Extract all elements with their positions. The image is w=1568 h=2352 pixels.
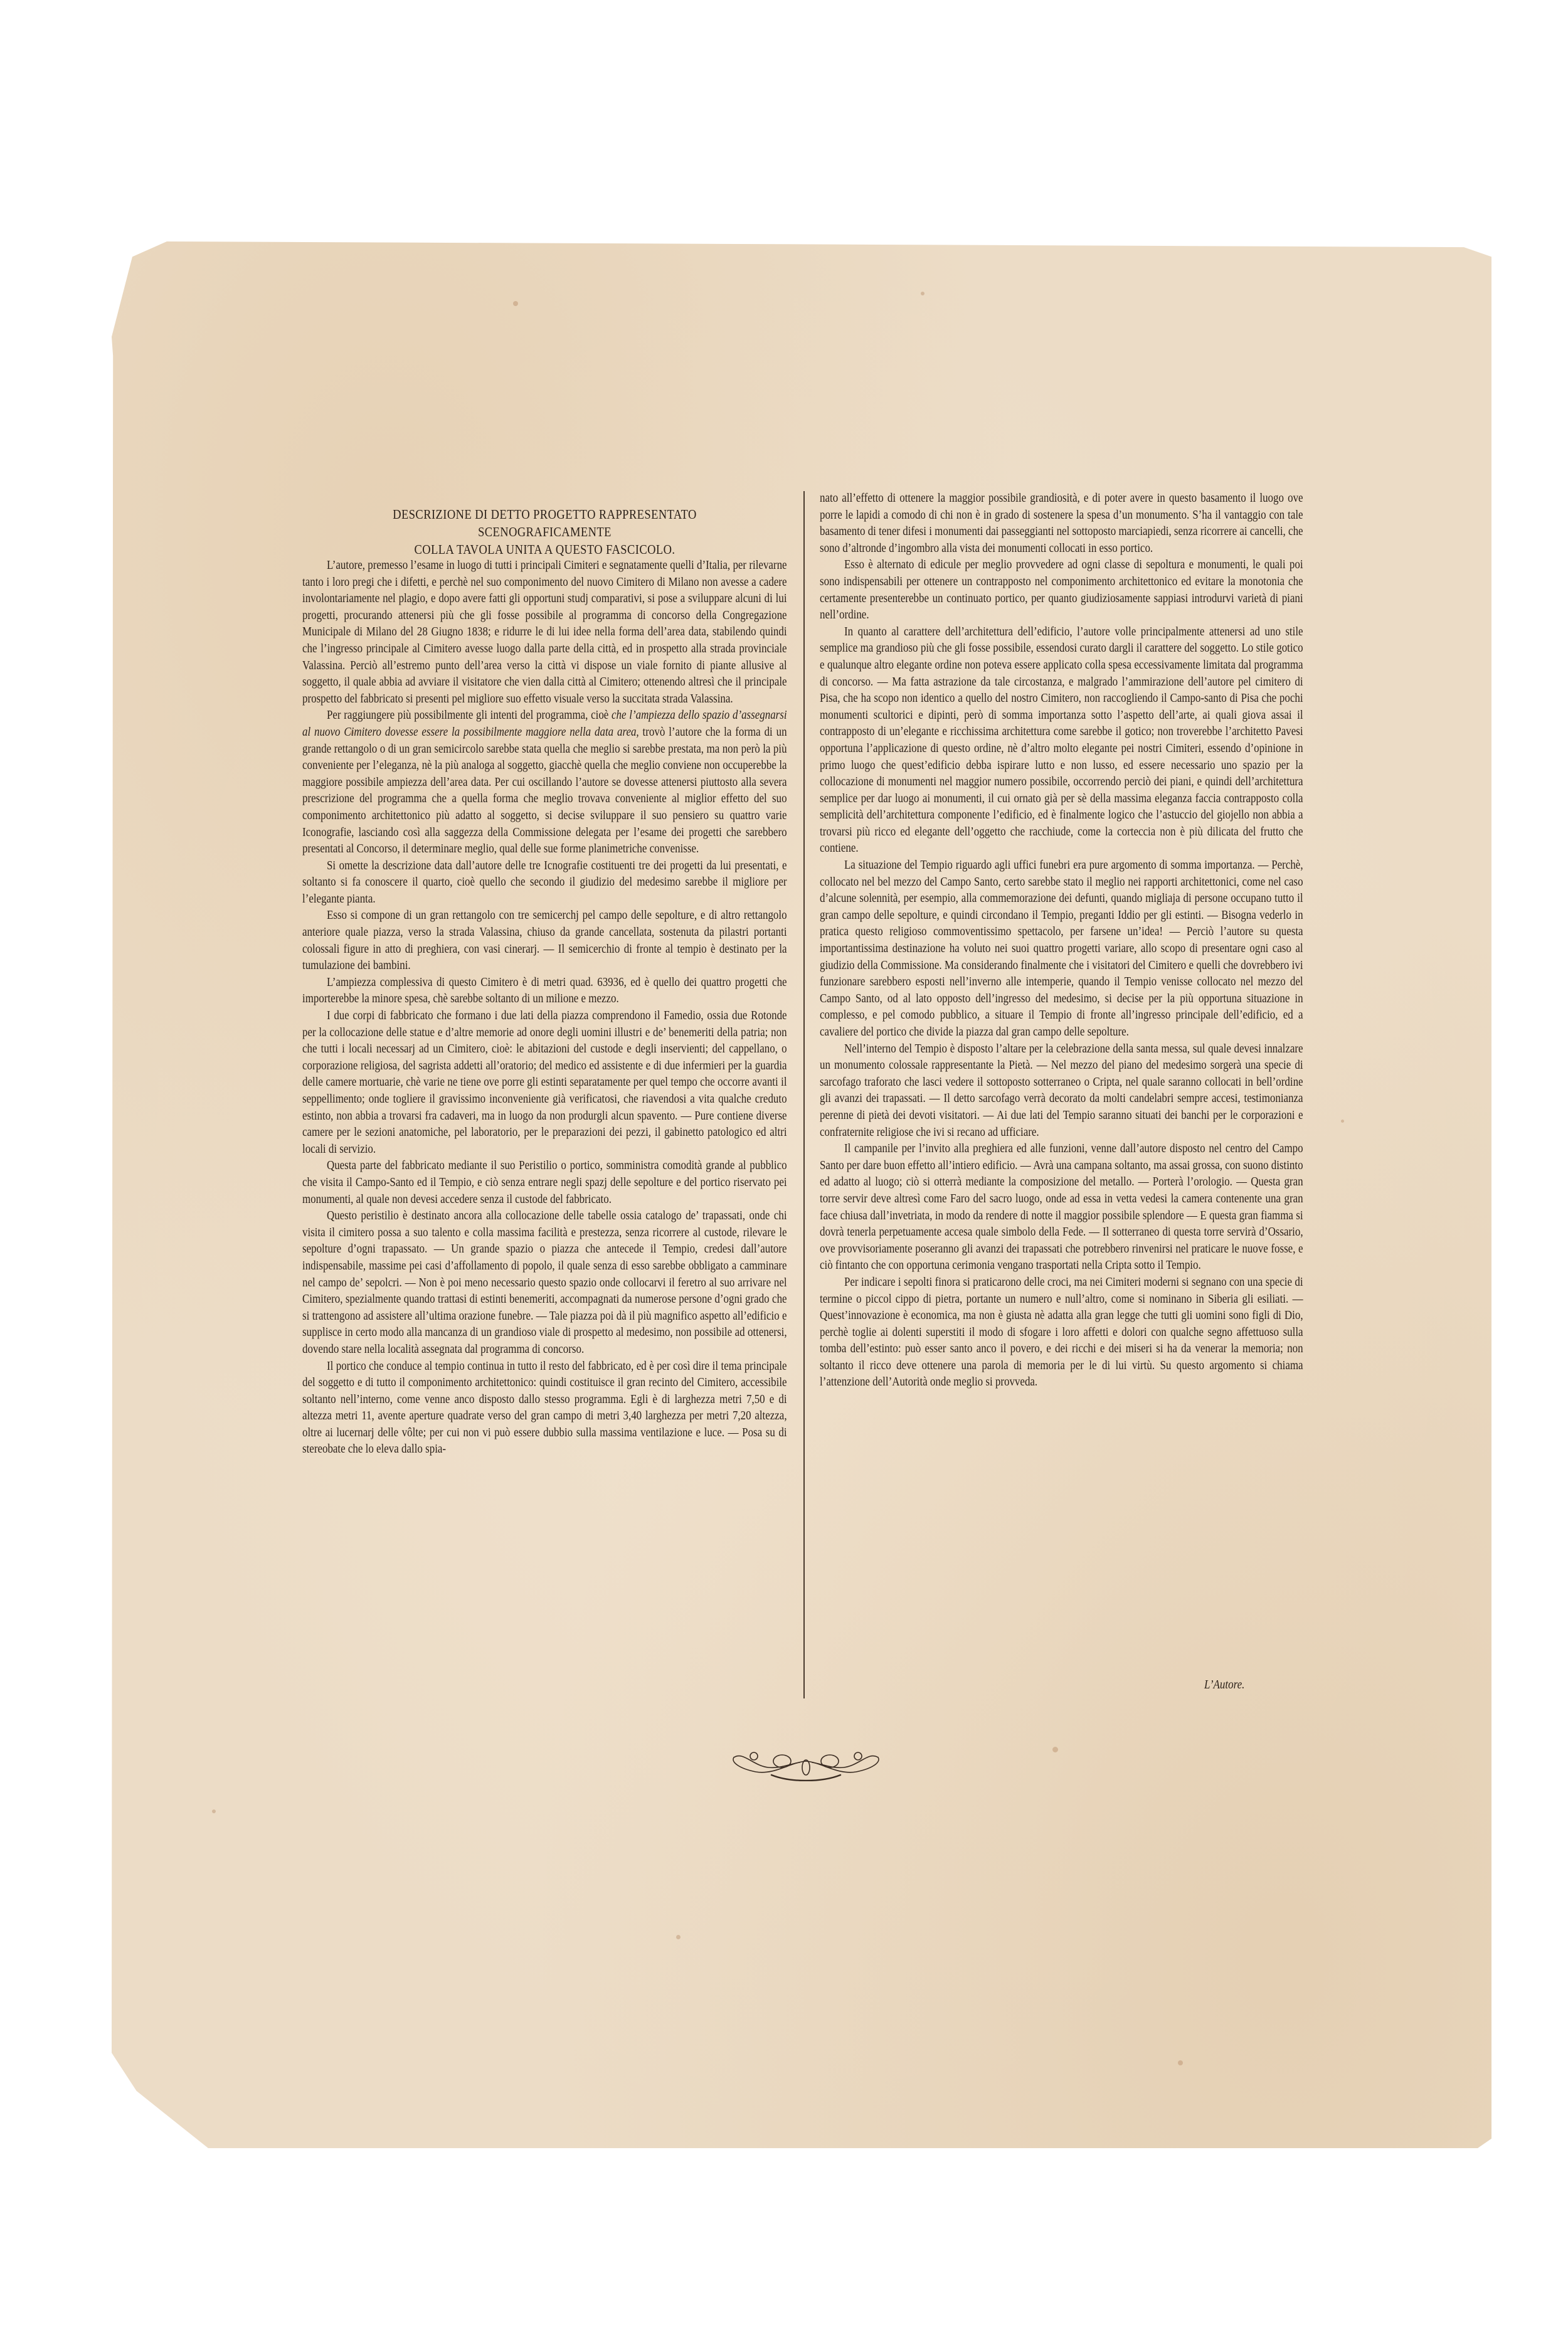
paragraph: Per indicare i sepolti finora si pratica… xyxy=(820,1274,1303,1391)
paragraph: Esso si compone di un gran rettangolo co… xyxy=(302,907,787,973)
paragraph: Il portico che conduce al tempio continu… xyxy=(302,1358,787,1458)
paragraph: Esso è alternato di edicule per meglio p… xyxy=(820,556,1303,623)
paragraph: I due corpi di fabbricato che formano i … xyxy=(302,1007,787,1157)
heading-line-2: COLLA TAVOLA UNITA A QUESTO FASCICOLO. xyxy=(331,541,758,558)
text-column-right: nato all’effetto di ottenere la maggior … xyxy=(820,490,1303,1391)
paragraph: Nell’interno del Tempio è disposto l’alt… xyxy=(820,1041,1303,1141)
paragraph: L’ampiezza complessiva di questo Cimiter… xyxy=(302,974,787,1007)
column-divider xyxy=(803,491,805,1698)
decorative-flourish-icon xyxy=(731,1750,881,1781)
paragraph: Questo peristilio è destinato ancora all… xyxy=(302,1207,787,1357)
paragraph-continued: nato all’effetto di ottenere la maggior … xyxy=(820,490,1303,556)
paragraph: Si omette la descrizione data dall’autor… xyxy=(302,857,787,908)
document-heading: DESCRIZIONE DI DETTO PROGETTO RAPPRESENT… xyxy=(302,506,787,558)
paragraph: Il campanile per l’invito alla preghiera… xyxy=(820,1140,1303,1274)
text-column-left: L’autore, premesso l’esame in luogo di t… xyxy=(302,557,787,1458)
paragraph: Questa parte del fabbricato mediante il … xyxy=(302,1157,787,1207)
paragraph: Per raggiungere più possibilmente gli in… xyxy=(302,707,787,857)
paragraph: In quanto al carattere dell’architettura… xyxy=(820,623,1303,857)
heading-line-1: DESCRIZIONE DI DETTO PROGETTO RAPPRESENT… xyxy=(331,506,758,541)
author-signature: L’Autore. xyxy=(1204,1678,1244,1692)
paragraph: La situazione del Tempio riguardo agli u… xyxy=(820,857,1303,1041)
paragraph: L’autore, premesso l’esame in luogo di t… xyxy=(302,557,787,707)
